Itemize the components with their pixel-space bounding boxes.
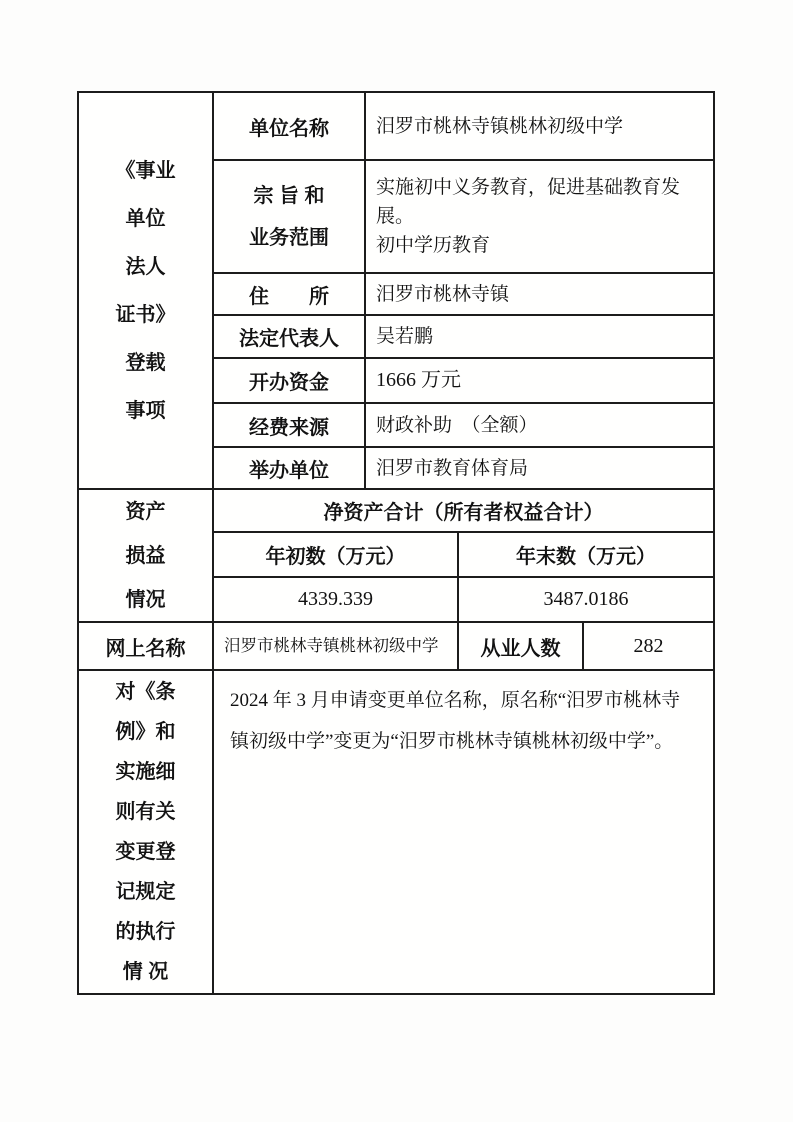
certificate-side-label: 《事业 单位 法人 证书》 登载 事项 xyxy=(79,93,214,490)
year-end-value: 3487.0186 xyxy=(459,578,713,623)
field-label-initial-capital: 开办资金 xyxy=(214,359,366,404)
field-value-funding-source: 财政补助 （全额） xyxy=(366,404,713,448)
field-value-mission: 实施初中义务教育，促进基础教育发展。 初中学历教育 xyxy=(366,161,713,274)
year-start-value: 4339.339 xyxy=(214,578,459,623)
field-value-initial-capital: 1666 万元 xyxy=(366,359,713,404)
assets-side-label: 资产 损益 情况 xyxy=(79,490,214,623)
year-start-header: 年初数（万元） xyxy=(214,533,459,578)
field-label-unit-name: 单位名称 xyxy=(214,93,366,161)
field-value-unit-name: 汨罗市桃林寺镇桃林初级中学 xyxy=(366,93,713,161)
year-end-header: 年末数（万元） xyxy=(459,533,713,578)
web-name-value: 汨罗市桃林寺镇桃林初级中学 xyxy=(214,623,459,671)
field-label-funding-source: 经费来源 xyxy=(214,404,366,448)
staff-count-label: 从业人数 xyxy=(459,623,584,671)
field-label-address: 住 所 xyxy=(214,274,366,316)
field-value-legal-representative: 吴若鹏 xyxy=(366,316,713,359)
field-label-organizer: 举办单位 xyxy=(214,448,366,490)
net-assets-header: 净资产合计（所有者权益合计） xyxy=(214,490,713,533)
field-value-organizer: 汨罗市教育体育局 xyxy=(366,448,713,490)
field-label-mission: 宗 旨 和 业务范围 xyxy=(214,161,366,274)
compliance-side-label: 对《条 例》和 实施细 则有关 变更登 记规定 的执行 情 况 xyxy=(79,671,214,993)
compliance-content: 2024 年 3 月申请变更单位名称，原名称“汨罗市桃林寺镇初级中学”变更为“汨… xyxy=(214,671,713,993)
staff-count-value: 282 xyxy=(584,623,713,671)
field-label-legal-representative: 法定代表人 xyxy=(214,316,366,359)
registration-table: 《事业 单位 法人 证书》 登载 事项 单位名称 汨罗市桃林寺镇桃林初级中学 宗… xyxy=(77,91,715,995)
web-name-label: 网上名称 xyxy=(79,623,214,671)
field-value-address: 汨罗市桃林寺镇 xyxy=(366,274,713,316)
